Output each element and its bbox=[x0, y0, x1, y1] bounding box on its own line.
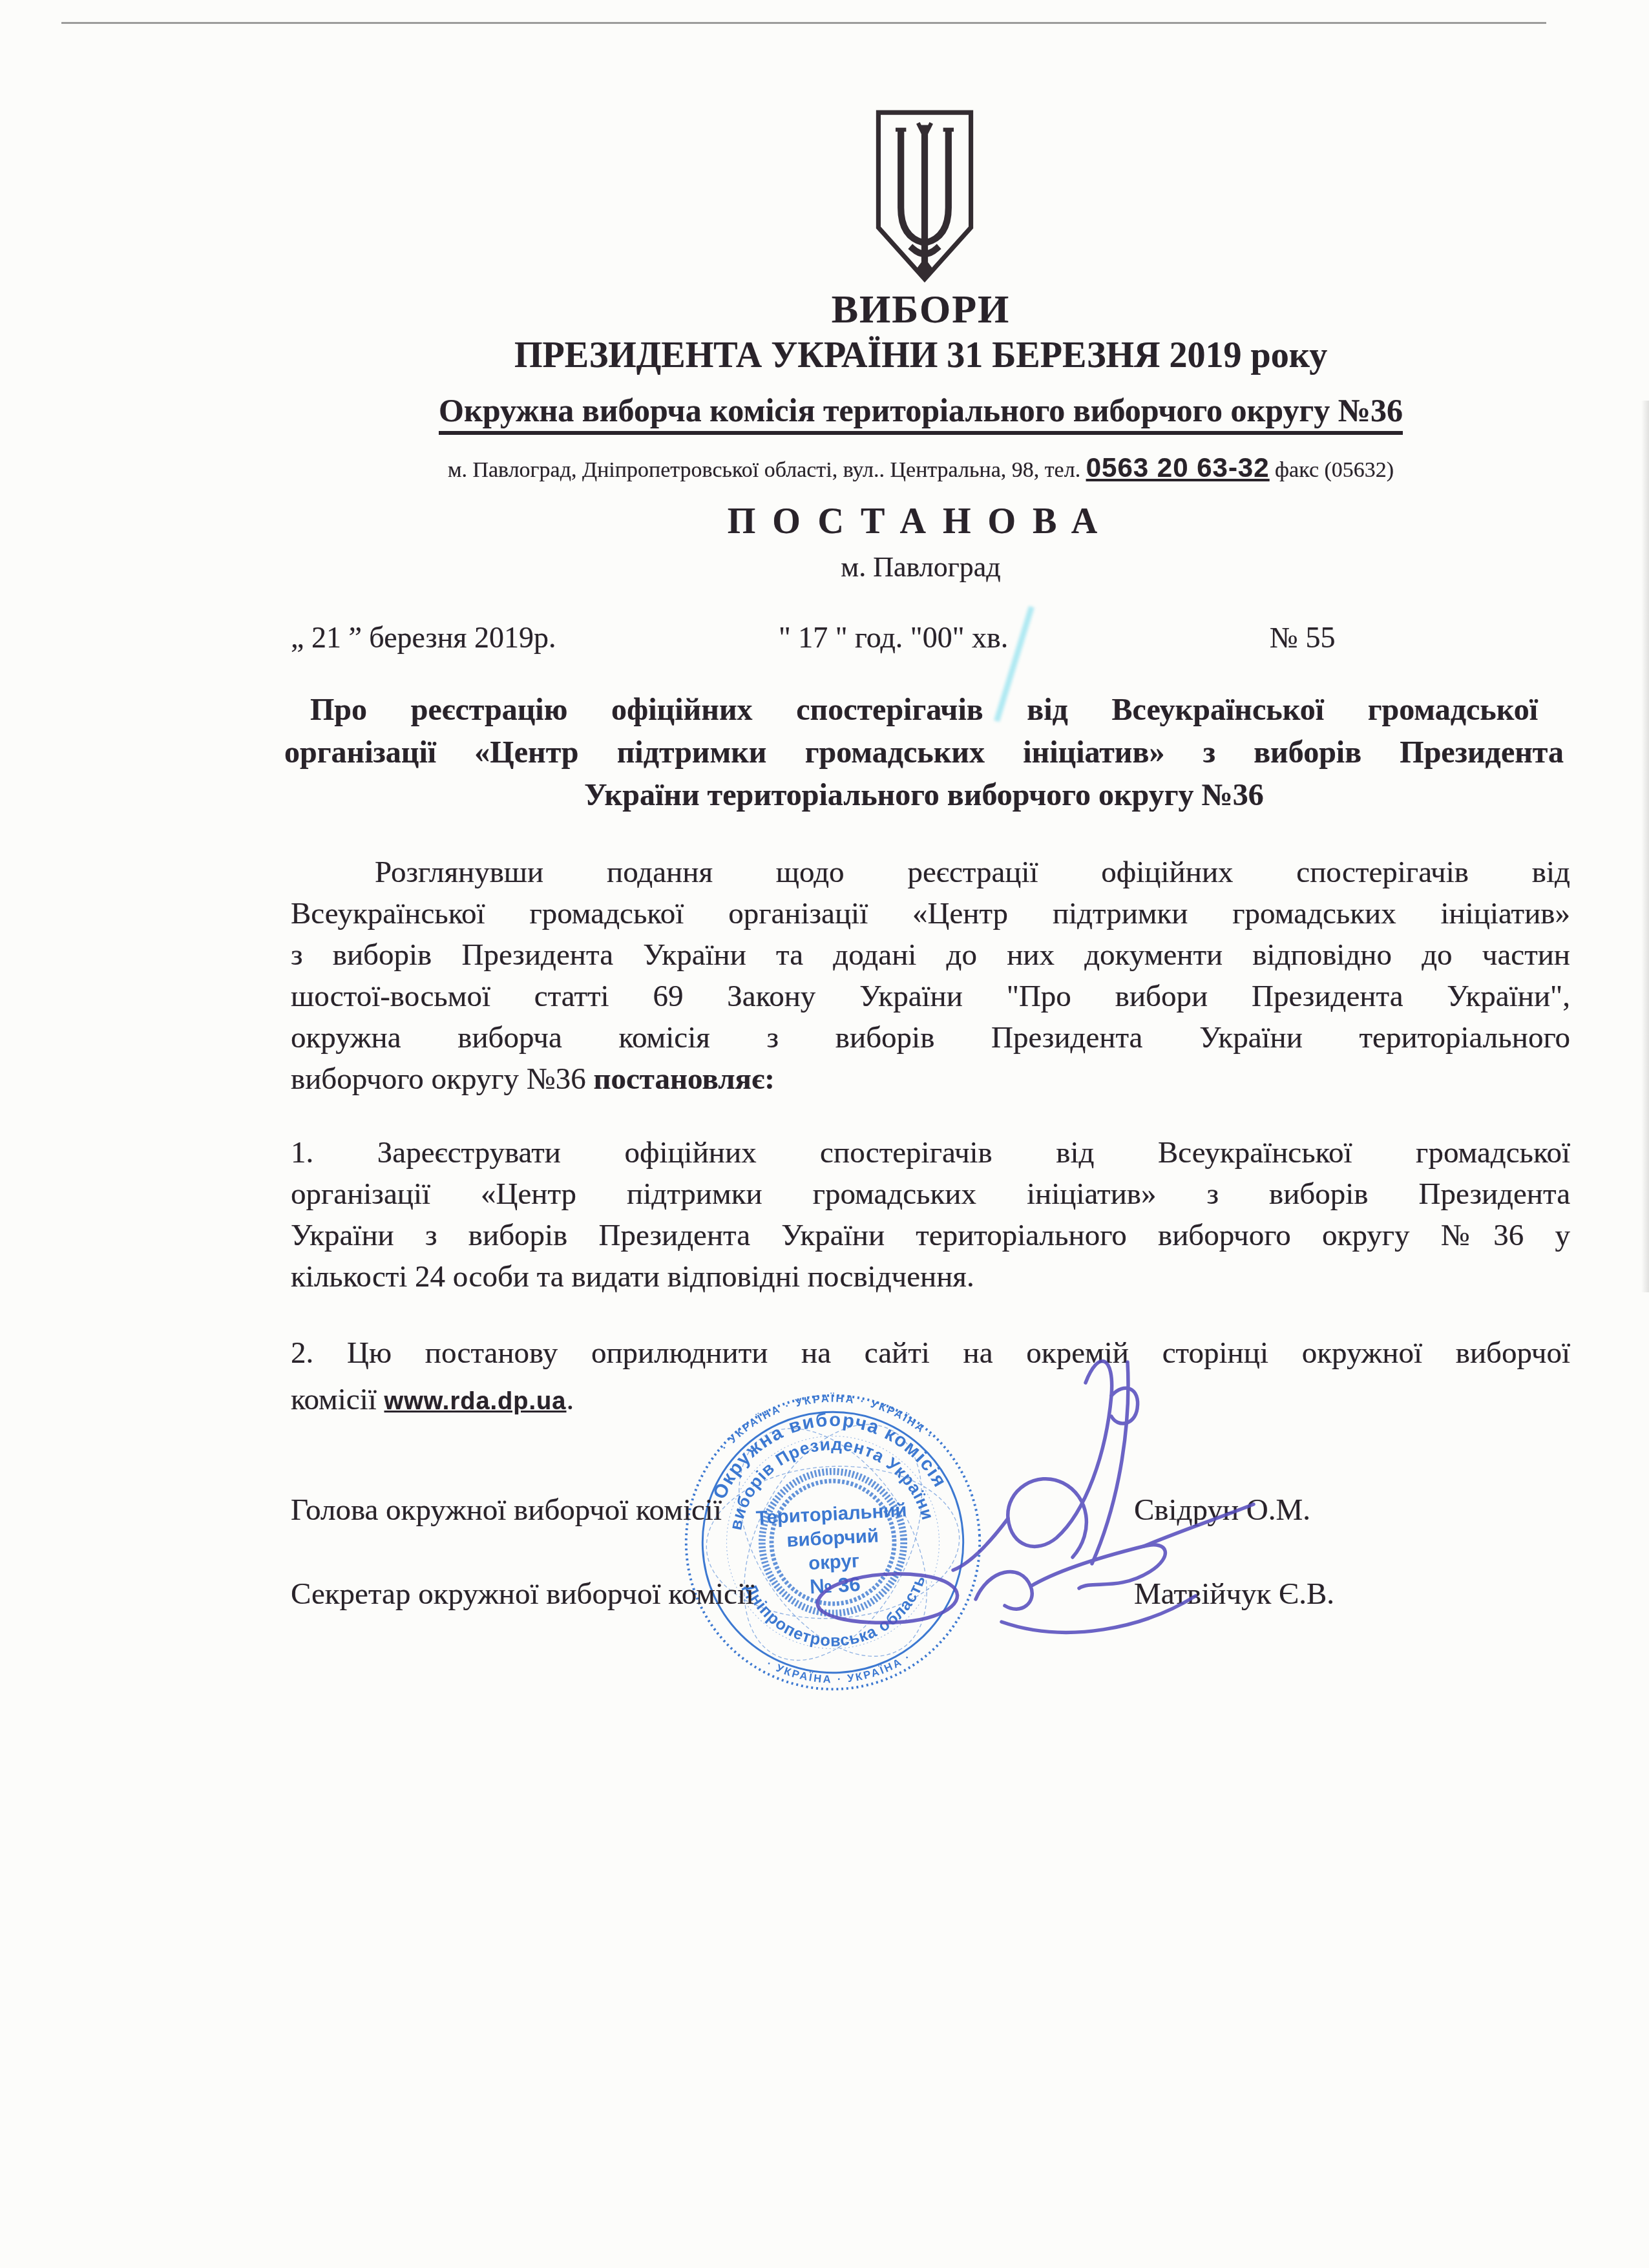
header-president-title: ПРЕЗИДЕНТА УКРАЇНИ 31 БЕРЕЗНЯ 2019 року bbox=[194, 335, 1648, 376]
dateline: „ 21 ” березня 2019р. " 17 " год. "00" х… bbox=[291, 620, 1570, 659]
fax-text: факс (05632) bbox=[1270, 458, 1394, 482]
website-url: www.rda.dp.ua bbox=[384, 1388, 567, 1415]
phone-number: 0563 20 63-32 bbox=[1086, 452, 1270, 483]
scanned-document-page: ВИБОРИ ПРЕЗИДЕНТА УКРАЇНИ 31 БЕРЕЗНЯ 201… bbox=[0, 0, 1649, 2268]
preamble-paragraph: Розглянувши подання щодо реєстрації офіц… bbox=[291, 852, 1570, 1100]
item1-last-line: кількості 24 особи та видати відповідні … bbox=[291, 1256, 1570, 1297]
secretary-signature-stroke bbox=[817, 1574, 957, 1623]
address-text: м. Павлоград, Дніпропетровської області,… bbox=[448, 458, 1086, 482]
doc-time: " 17 " год. "00" хв. bbox=[779, 620, 1008, 655]
doc-date: „ 21 ” березня 2019р. bbox=[291, 620, 556, 655]
preamble-last-line: виборчого округу №36 постановляє: bbox=[291, 1058, 1570, 1100]
doc-number: № 55 bbox=[1270, 620, 1335, 655]
header-elections-title: ВИБОРИ bbox=[194, 287, 1648, 333]
doc-type-title: ПОСТАНОВА bbox=[194, 501, 1648, 542]
head-role-label: Голова окружної виборчої комісії bbox=[291, 1493, 722, 1527]
secretary-role-label: Секретар окружної виборчої комісії bbox=[291, 1577, 754, 1611]
trident-emblem bbox=[872, 109, 978, 284]
doc-place: м. Павлоград bbox=[194, 551, 1648, 583]
resolution-item-1: 1. Зареєструвати офіційних спостерігачів… bbox=[291, 1132, 1570, 1297]
header-address: м. Павлоград, Дніпропетровської області,… bbox=[194, 452, 1648, 483]
scan-border-line bbox=[61, 22, 1546, 24]
resolves-keyword: постановляє: bbox=[593, 1062, 775, 1096]
ink-signatures bbox=[743, 1344, 1325, 1667]
head-signature-stroke bbox=[1008, 1361, 1112, 1557]
subject-heading: Про реєстрацію офіційних спостерігачів в… bbox=[284, 689, 1564, 817]
header-commission-title: Окружна виборча комісія територіального … bbox=[194, 392, 1648, 429]
